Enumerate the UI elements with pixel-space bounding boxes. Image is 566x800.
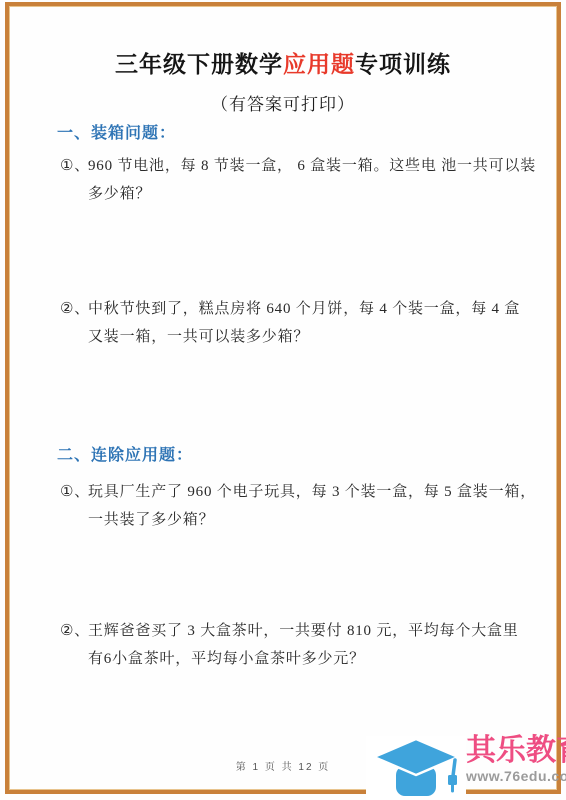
problem-number: ②、 [60, 617, 90, 645]
problem-number: ①、 [60, 478, 90, 506]
problem-1-1: ①、 960 节电池，每 8 节装一盒， 6 盒装一箱。这些电 池一共可以装 多… [60, 152, 540, 208]
problem-line: 王辉爸爸买了 3 大盒茶叶，一共要付 810 元，平均每个大盒里 [88, 617, 540, 645]
problem-line: 玩具厂生产了 960 个电子玩具，每 3 个装一盒，每 5 盒装一箱， [88, 478, 540, 506]
problem-line: 有6小盒茶叶，平均每小盒茶叶多少元？ [88, 645, 540, 673]
page-subtitle: （有答案可打印） [0, 90, 566, 115]
problem-line: 中秋节快到了，糕点房将 640 个月饼，每 4 个装一盒，每 4 盒 [88, 295, 540, 323]
problem-2-2: ②、 王辉爸爸买了 3 大盒茶叶，一共要付 810 元，平均每个大盒里 有6小盒… [60, 617, 540, 673]
brand-name: 其乐教育 [466, 736, 566, 766]
brand-url: www.76edu.com [466, 768, 566, 784]
problem-line: 960 节电池，每 8 节装一盒， 6 盒装一箱。这些电 池一共可以装 [88, 152, 540, 180]
section-heading-2: 二、连除应用题： [57, 442, 193, 465]
worksheet-page: 三年级下册数学应用题专项训练 （有答案可打印） 一、装箱问题： ①、 960 节… [0, 0, 566, 800]
problem-2-1: ①、 玩具厂生产了 960 个电子玩具，每 3 个装一盒，每 5 盒装一箱， 一… [60, 478, 540, 534]
problem-line: 又装一箱，一共可以装多少箱？ [88, 323, 540, 351]
title-highlight: 应用题 [283, 51, 355, 77]
title-suffix: 专项训练 [355, 51, 451, 77]
graduation-cap-icon [366, 736, 466, 800]
problem-line: 多少箱？ [88, 180, 540, 208]
section-heading-1: 一、装箱问题： [57, 120, 176, 143]
problem-number: ①、 [60, 152, 90, 180]
problem-number: ②、 [60, 295, 90, 323]
page-content: 三年级下册数学应用题专项训练 （有答案可打印） 一、装箱问题： ①、 960 节… [0, 0, 566, 800]
problem-1-2: ②、 中秋节快到了，糕点房将 640 个月饼，每 4 个装一盒，每 4 盒 又装… [60, 295, 540, 351]
page-title: 三年级下册数学应用题专项训练 [0, 46, 566, 79]
problem-line: 一共装了多少箱？ [88, 506, 540, 534]
title-prefix: 三年级下册数学 [115, 51, 283, 77]
brand-logo: 其乐教育 www.76edu.com [366, 734, 566, 800]
